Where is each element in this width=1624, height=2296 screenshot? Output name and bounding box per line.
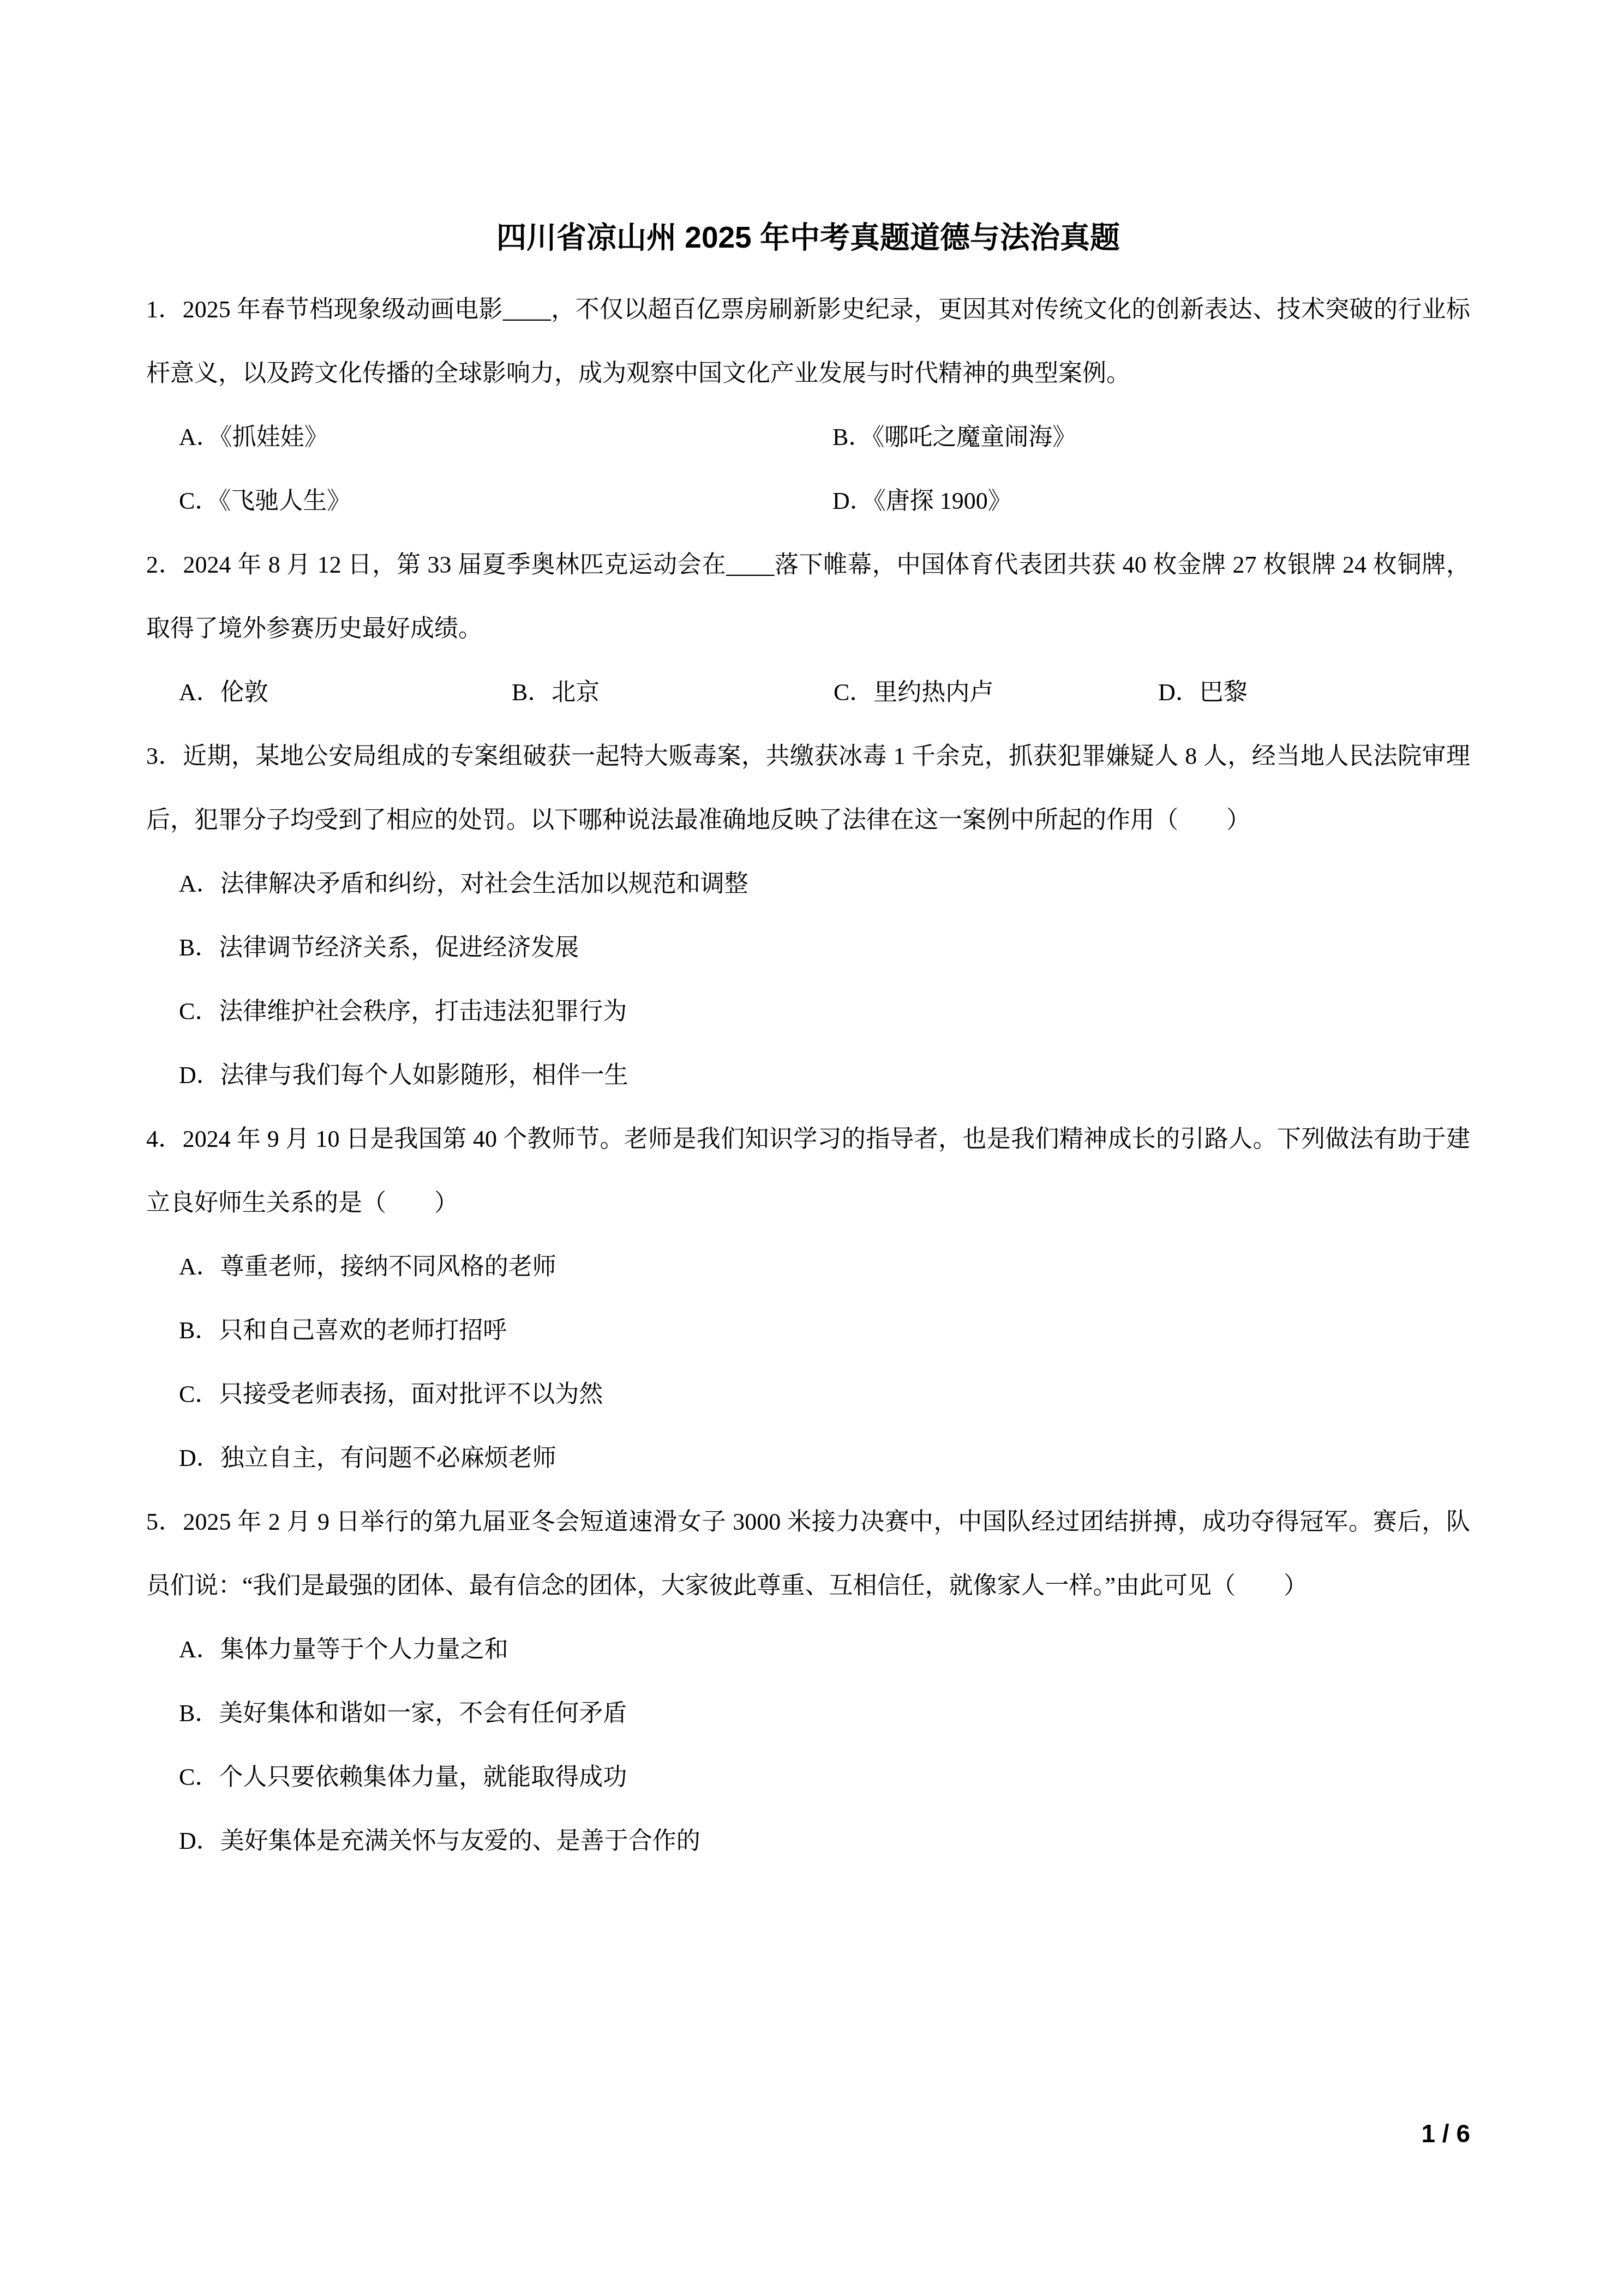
question-1: 1．2025 年春节档现象级动画电影____，不仅以超百亿票房刷新影史纪录，更因…	[146, 278, 1470, 533]
q3-option-d: D．法律与我们每个人如影随形，相伴一生	[179, 1043, 1470, 1107]
q3-option-c: C．法律维护社会秩序，打击违法犯罪行为	[179, 979, 1470, 1043]
q1-option-b: B．《哪吒之魔童闹海》	[832, 405, 1470, 469]
q1-stem: 1．2025 年春节档现象级动画电影____，不仅以超百亿票房刷新影史纪录，更因…	[146, 278, 1470, 405]
q5-option-a: A．集体力量等于个人力量之和	[179, 1618, 1470, 1681]
q5-option-c: C．个人只要依赖集体力量，就能取得成功	[179, 1745, 1470, 1809]
q1-option-a: A．《抓娃娃》	[179, 405, 832, 469]
q3-option-a: A．法律解决矛盾和纠纷，对社会生活加以规范和调整	[179, 852, 1470, 916]
page-number: 1 / 6	[1421, 2117, 1470, 2150]
q4-option-c: C．只接受老师表扬，面对批评不以为然	[179, 1362, 1470, 1426]
q2-option-c: C．里约热内卢	[834, 660, 1158, 724]
q1-options: A．《抓娃娃》 B．《哪吒之魔童闹海》 C．《飞驰人生》 D．《唐探 1900》	[146, 405, 1470, 533]
q4-option-b: B．只和自己喜欢的老师打招呼	[179, 1299, 1470, 1362]
q2-option-a: A．伦敦	[179, 660, 512, 724]
q4-options: A．尊重老师，接纳不同风格的老师 B．只和自己喜欢的老师打招呼 C．只接受老师表…	[146, 1235, 1470, 1490]
question-5: 5．2025 年 2 月 9 日举行的第九届亚冬会短道速滑女子 3000 米接力…	[146, 1490, 1470, 1873]
q5-options: A．集体力量等于个人力量之和 B．美好集体和谐如一家，不会有任何矛盾 C．个人只…	[146, 1618, 1470, 1873]
q4-option-a: A．尊重老师，接纳不同风格的老师	[179, 1235, 1470, 1299]
q4-option-d: D．独立自主，有问题不必麻烦老师	[179, 1426, 1470, 1490]
question-2: 2．2024 年 8 月 12 日，第 33 届夏季奥林匹克运动会在____落下…	[146, 533, 1470, 724]
q2-option-d: D．巴黎	[1158, 660, 1248, 724]
q3-option-b: B．法律调节经济关系，促进经济发展	[179, 916, 1470, 979]
q4-stem: 4．2024 年 9 月 10 日是我国第 40 个教师节。老师是我们知识学习的…	[146, 1107, 1470, 1235]
q5-option-d: D．美好集体是充满关怀与友爱的、是善于合作的	[179, 1809, 1470, 1873]
q1-option-c: C．《飞驰人生》	[179, 469, 832, 533]
exam-page: 四川省凉山州 2025 年中考真题道德与法治真题 1．2025 年春节档现象级动…	[0, 0, 1624, 2296]
question-3: 3．近期，某地公安局组成的专案组破获一起特大贩毒案，共缴获冰毒 1 千余克，抓获…	[146, 724, 1470, 1107]
question-4: 4．2024 年 9 月 10 日是我国第 40 个教师节。老师是我们知识学习的…	[146, 1107, 1470, 1490]
q5-option-b: B．美好集体和谐如一家，不会有任何矛盾	[179, 1681, 1470, 1745]
q5-stem: 5．2025 年 2 月 9 日举行的第九届亚冬会短道速滑女子 3000 米接力…	[146, 1490, 1470, 1618]
q1-option-d: D．《唐探 1900》	[832, 469, 1470, 533]
q2-stem: 2．2024 年 8 月 12 日，第 33 届夏季奥林匹克运动会在____落下…	[146, 533, 1470, 660]
q3-stem: 3．近期，某地公安局组成的专案组破获一起特大贩毒案，共缴获冰毒 1 千余克，抓获…	[146, 724, 1470, 852]
q2-option-b: B．北京	[512, 660, 834, 724]
q3-options: A．法律解决矛盾和纠纷，对社会生活加以规范和调整 B．法律调节经济关系，促进经济…	[146, 852, 1470, 1107]
page-title: 四川省凉山州 2025 年中考真题道德与法治真题	[146, 215, 1470, 259]
q2-options: A．伦敦 B．北京 C．里约热内卢 D．巴黎	[146, 660, 1470, 724]
